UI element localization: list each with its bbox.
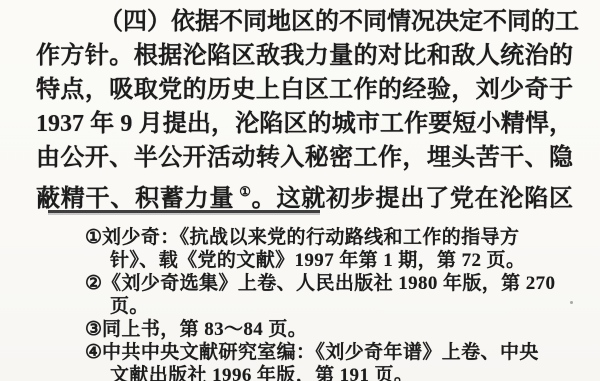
footnote-divider-rule <box>48 210 320 213</box>
footnote-item: ②《刘少奇选集》上卷、人民出版社 1980 年版，第 270 <box>85 272 593 295</box>
paragraph-text: 蔽精干、积蓄力量 <box>36 186 234 212</box>
footnote-marker: ③ <box>85 319 102 340</box>
footnote-continuation: 针》、载《党的文献》1997 年第 1 期，第 72 页。 <box>85 249 593 272</box>
footnote-item: ③同上书，第 83～84 页。 <box>85 318 593 341</box>
scanned-book-page: （四）依据不同地区的不同情况决定不同的工 作方针。根据沦陷区敌我力量的对比和敌人… <box>0 0 600 381</box>
footnote-continuation: 页。 <box>85 295 593 318</box>
footnote-text: 中共中央文献研究室编：《刘少奇年谱》上卷、中央 <box>102 342 539 363</box>
paragraph-line: （四）依据不同地区的不同情况决定不同的工 <box>36 5 573 39</box>
scan-artifact-speck <box>570 301 573 304</box>
footnote-text: 刘少奇：《抗战以来党的行动路线和工作的指导方 <box>102 227 519 248</box>
paragraph-text: 。这就初步提出了党在沦陷区 <box>251 186 573 212</box>
paragraph-line-with-ref: 蔽精干、积蓄力量①。这就初步提出了党在沦陷区 <box>36 175 573 209</box>
footnote-reference-mark: ① <box>239 175 251 209</box>
footnote-marker: ① <box>85 227 102 248</box>
footnote-continuation: 文献出版社 1996 年版，第 191 页。 <box>85 364 593 381</box>
footnote-item: ①刘少奇：《抗战以来党的行动路线和工作的指导方 <box>85 226 593 249</box>
footnote-text: 《刘少奇选集》上卷、人民出版社 1980 年版，第 270 <box>102 273 555 294</box>
footnote-section: ①刘少奇：《抗战以来党的行动路线和工作的指导方 针》、载《党的文献》1997 年… <box>85 226 593 381</box>
paragraph-line: 由公开、半公开活动转入秘密工作，埋头苦干、隐 <box>36 141 573 175</box>
footnote-text: 同上书，第 83～84 页。 <box>102 319 307 340</box>
paragraph-line: 1937 年 9 月提出，沦陷区的城市工作要短小精悍， <box>36 107 573 141</box>
paragraph-line: 作方针。根据沦陷区敌我力量的对比和敌人统治的 <box>36 39 573 73</box>
paragraph-line: 特点，吸取党的历史上白区工作的经验，刘少奇于 <box>36 73 573 107</box>
footnote-marker: ④ <box>85 342 102 363</box>
footnote-item: ④中共中央文献研究室编：《刘少奇年谱》上卷、中央 <box>85 341 593 364</box>
main-paragraph: （四）依据不同地区的不同情况决定不同的工 作方针。根据沦陷区敌我力量的对比和敌人… <box>36 5 573 209</box>
footnote-marker: ② <box>85 273 102 294</box>
